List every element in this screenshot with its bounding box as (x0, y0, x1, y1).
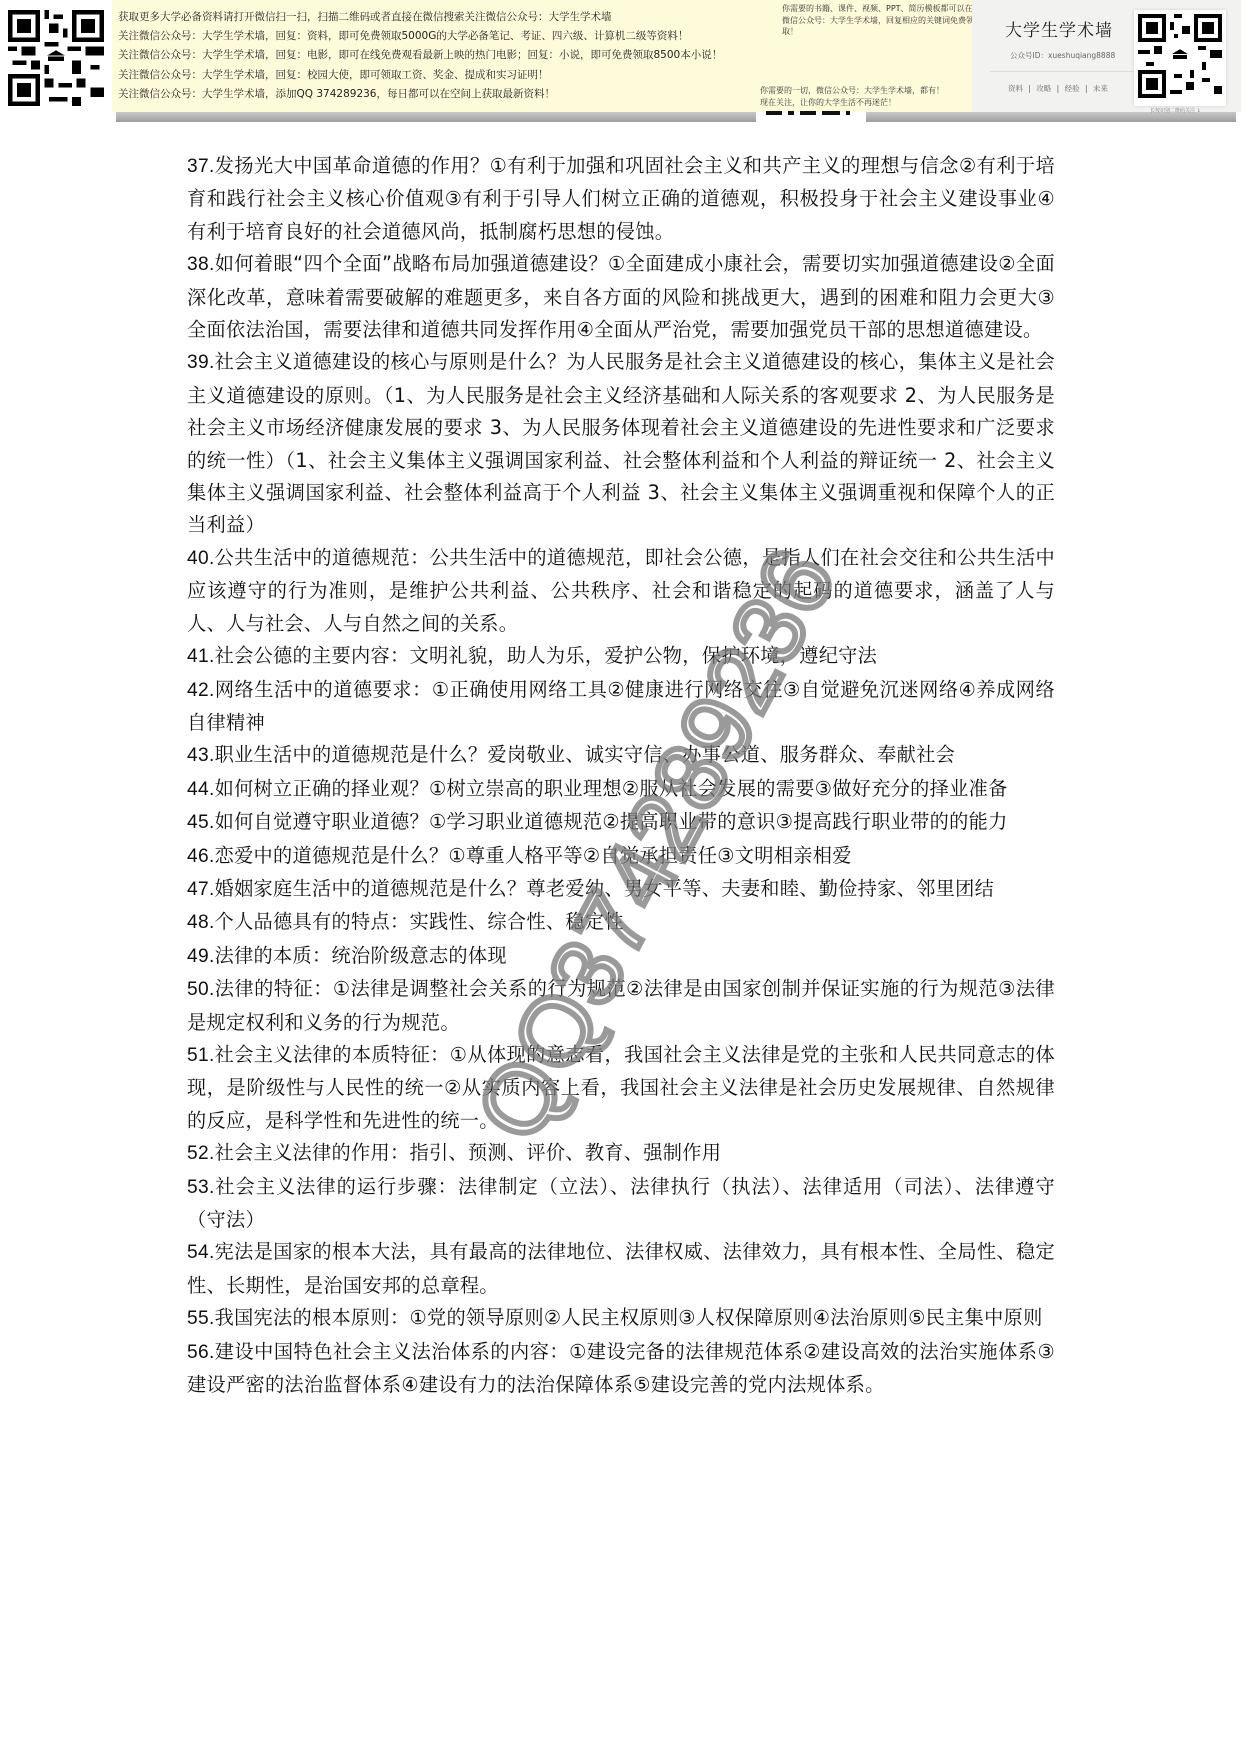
qr-caption: 长按识别二维码关注 ↓ (1150, 107, 1201, 114)
qa-item-55: 55.我国宪法的根本原则：①党的领导原则②人民主权原则③人权保障原则④法治原则⑤… (187, 1302, 1055, 1335)
item-number: 45. (187, 812, 215, 833)
item-number: 44. (187, 779, 215, 800)
item-number: 53. (187, 1177, 215, 1198)
item-number: 38. (187, 254, 215, 275)
qr-code-card[interactable] (1134, 10, 1226, 106)
item-text: 如何自觉遵守职业道德？①学习职业道德规范②提高职业带的意识③提高践行职业带的的能… (215, 810, 1008, 833)
banner-side-note: 你需要的书籍、课件、视频、PPT、简历模板都可以在微信公众号：大学生学术墙，回复… (782, 3, 978, 38)
qa-item-47: 47.婚姻家庭生活中的道德规范是什么？尊老爱幼、男女平等、夫妻和睦、勤俭持家、邻… (187, 873, 1055, 906)
qa-item-44: 44.如何树立正确的择业观？①树立崇高的职业理想②服从社会发展的需要③做好充分的… (187, 773, 1055, 806)
item-text: 法律的本质：统治阶级意志的体现 (215, 944, 507, 967)
qa-item-48: 48.个人品德具有的特点：实践性、综合性、稳定性 (187, 906, 1055, 939)
qa-item-50: 50.法律的特征：①法律是调整社会关系的行为规范②法律是由国家创制并保证实施的行… (187, 973, 1055, 1039)
decorative-marks (766, 111, 866, 117)
item-number: 46. (187, 846, 215, 867)
item-text: 公共生活中的道德规范：公共生活中的道德规范，即社会公德，是指人们在社会交往和公共… (187, 546, 1055, 635)
ad-line: 关注微信公众号：大学生学术墙，回复：校园大使，即可领取工资、奖金、提成和实习证明… (118, 66, 722, 85)
item-number: 42. (187, 680, 215, 701)
qa-item-45: 45.如何自觉遵守职业道德？①学习职业道德规范②提高职业带的意识③提高践行职业带… (187, 806, 1055, 839)
qr-code-icon[interactable] (8, 10, 104, 106)
document-body: 37.发扬光大中国革命道德的作用？①有利于加强和巩固社会主义和共产主义的理想与信… (187, 150, 1055, 1401)
qa-item-38: 38.如何着眼“四个全面”战略布局加强道德建设？①全面建成小康社会，需要切实加强… (187, 248, 1055, 346)
item-number: 48. (187, 912, 215, 933)
item-text: 网络生活中的道德要求：①正确使用网络工具②健康进行网络交往③自觉避免沉迷网络④养… (187, 678, 1055, 734)
qa-item-43: 43.职业生活中的道德规范是什么？爱岗敬业、诚实守信、办事公道、服务群众、奉献社… (187, 739, 1055, 772)
qa-item-54: 54.宪法是国家的根本大法，具有最高的法律地位、法律权威、法律效力，具有根本性、… (187, 1236, 1055, 1302)
banner-divider (116, 112, 756, 122)
qa-item-41: 41.社会公德的主要内容：文明礼貌，助人为乐，爱护公物，保护环境，遵纪守法 (187, 640, 1055, 673)
item-text: 如何树立正确的择业观？①树立崇高的职业理想②服从社会发展的需要③做好充分的择业准… (215, 777, 1008, 800)
qa-item-49: 49.法律的本质：统治阶级意志的体现 (187, 940, 1055, 973)
item-text: 如何着眼“四个全面”战略布局加强道德建设？①全面建成小康社会，需要切实加强道德建… (187, 252, 1055, 341)
item-text: 职业生活中的道德规范是什么？爱岗敬业、诚实守信、办事公道、服务群众、奉献社会 (215, 743, 956, 766)
side-note-line: 你需要的一切，微信公众号：大学生学术墙，都有！ (760, 85, 944, 97)
qa-item-53: 53.社会主义法律的运行步骤：法律制定（立法）、法律执行（执法）、法律适用（司法… (187, 1171, 1055, 1237)
qa-item-56: 56.建设中国特色社会主义法治体系的内容：①建设完备的法律规范体系②建设高效的法… (187, 1336, 1055, 1402)
side-note-line: 现在关注，让你的大学生活不再迷茫！ (760, 97, 944, 109)
ad-line: 关注微信公众号：大学生学术墙，回复：资料，即可免费领取5000G的大学必备笔记、… (118, 27, 722, 46)
item-number: 43. (187, 745, 215, 766)
account-links[interactable]: 资料 | 攻略 | 经验 | 未来 (1008, 83, 1108, 94)
item-text: 我国宪法的根本原则：①党的领导原则②人民主权原则③人权保障原则④法治原则⑤民主集… (215, 1306, 1043, 1329)
item-text: 社会主义道德建设的核心与原则是什么？为人民服务是社会主义道德建设的核心，集体主义… (187, 350, 1055, 536)
item-number: 51. (187, 1045, 215, 1066)
item-text: 建设中国特色社会主义法治体系的内容：①建设完备的法律规范体系②建设高效的法治实施… (187, 1340, 1055, 1396)
item-text: 个人品德具有的特点：实践性、综合性、稳定性 (215, 910, 624, 933)
ad-line: 关注微信公众号：大学生学术墙，回复：电影，即可在线免费观看最新上映的热门电影；回… (118, 46, 722, 65)
account-name: 大学生学术墙 (1005, 16, 1113, 41)
item-text: 法律的特征：①法律是调整社会关系的行为规范②法律是由国家创制并保证实施的行为规范… (187, 977, 1055, 1033)
item-number: 56. (187, 1342, 215, 1363)
item-text: 婚姻家庭生活中的道德规范是什么？尊老爱幼、男女平等、夫妻和睦、勤俭持家、邻里团结 (215, 877, 995, 900)
item-text: 社会主义法律的本质特征：①从体现的意志看，我国社会主义法律是党的主张和人民共同意… (187, 1043, 1055, 1132)
qa-item-42: 42.网络生活中的道德要求：①正确使用网络工具②健康进行网络交往③自觉避免沉迷网… (187, 674, 1055, 740)
item-text: 社会公德的主要内容：文明礼貌，助人为乐，爱护公物，保护环境，遵纪守法 (215, 644, 878, 667)
qa-item-37: 37.发扬光大中国革命道德的作用？①有利于加强和巩固社会主义和共产主义的理想与信… (187, 150, 1055, 248)
item-number: 41. (187, 646, 215, 667)
item-number: 39. (187, 352, 215, 373)
qa-item-40: 40.公共生活中的道德规范：公共生活中的道德规范，即社会公德，是指人们在社会交往… (187, 542, 1055, 640)
item-text: 社会主义法律的作用：指引、预测、评价、教育、强制作用 (215, 1141, 722, 1164)
item-number: 40. (187, 548, 215, 569)
item-number: 37. (187, 156, 215, 177)
qa-item-39: 39.社会主义道德建设的核心与原则是什么？为人民服务是社会主义道德建设的核心，集… (187, 346, 1055, 541)
item-text: 发扬光大中国革命道德的作用？①有利于加强和巩固社会主义和共产主义的理想与信念②有… (187, 154, 1055, 243)
qr-code-icon (1138, 14, 1222, 98)
banner-ad-lines: 获取更多大学必备资料请打开微信扫一扫，扫描二维码或者直接在微信搜索关注微信公众号… (118, 8, 722, 104)
qa-item-46: 46.恋爱中的道德规范是什么？①尊重人格平等②自觉承担责任③文明相亲相爱 (187, 840, 1055, 873)
item-number: 52. (187, 1143, 215, 1164)
qa-item-51: 51.社会主义法律的本质特征：①从体现的意志看，我国社会主义法律是党的主张和人民… (187, 1039, 1055, 1137)
qa-item-52: 52.社会主义法律的作用：指引、预测、评价、教育、强制作用 (187, 1137, 1055, 1170)
item-number: 50. (187, 979, 215, 1000)
promo-banner: 获取更多大学必备资料请打开微信扫一扫，扫描二维码或者直接在微信搜索关注微信公众号… (0, 0, 1241, 124)
item-number: 54. (187, 1242, 215, 1263)
account-id: 公众号ID：xueshuqiang8888 (1010, 50, 1115, 61)
item-number: 47. (187, 879, 215, 900)
item-text: 宪法是国家的根本大法，具有最高的法律地位、法律权威、法律效力，具有根本性、全局性… (187, 1240, 1055, 1296)
item-number: 49. (187, 946, 215, 967)
ad-line: 获取更多大学必备资料请打开微信扫一扫，扫描二维码或者直接在微信搜索关注微信公众号… (118, 8, 722, 27)
item-number: 55. (187, 1308, 215, 1329)
item-text: 恋爱中的道德规范是什么？①尊重人格平等②自觉承担责任③文明相亲相爱 (215, 844, 852, 867)
item-text: 社会主义法律的运行步骤：法律制定（立法）、法律执行（执法）、法律适用（司法）、法… (187, 1175, 1055, 1231)
banner-side-note-2: 你需要的一切，微信公众号：大学生学术墙，都有！ 现在关注，让你的大学生活不再迷茫… (760, 85, 944, 108)
ad-line: 关注微信公众号：大学生学术墙，添加QQ 374289236，每日都可以在空间上获… (118, 85, 722, 104)
